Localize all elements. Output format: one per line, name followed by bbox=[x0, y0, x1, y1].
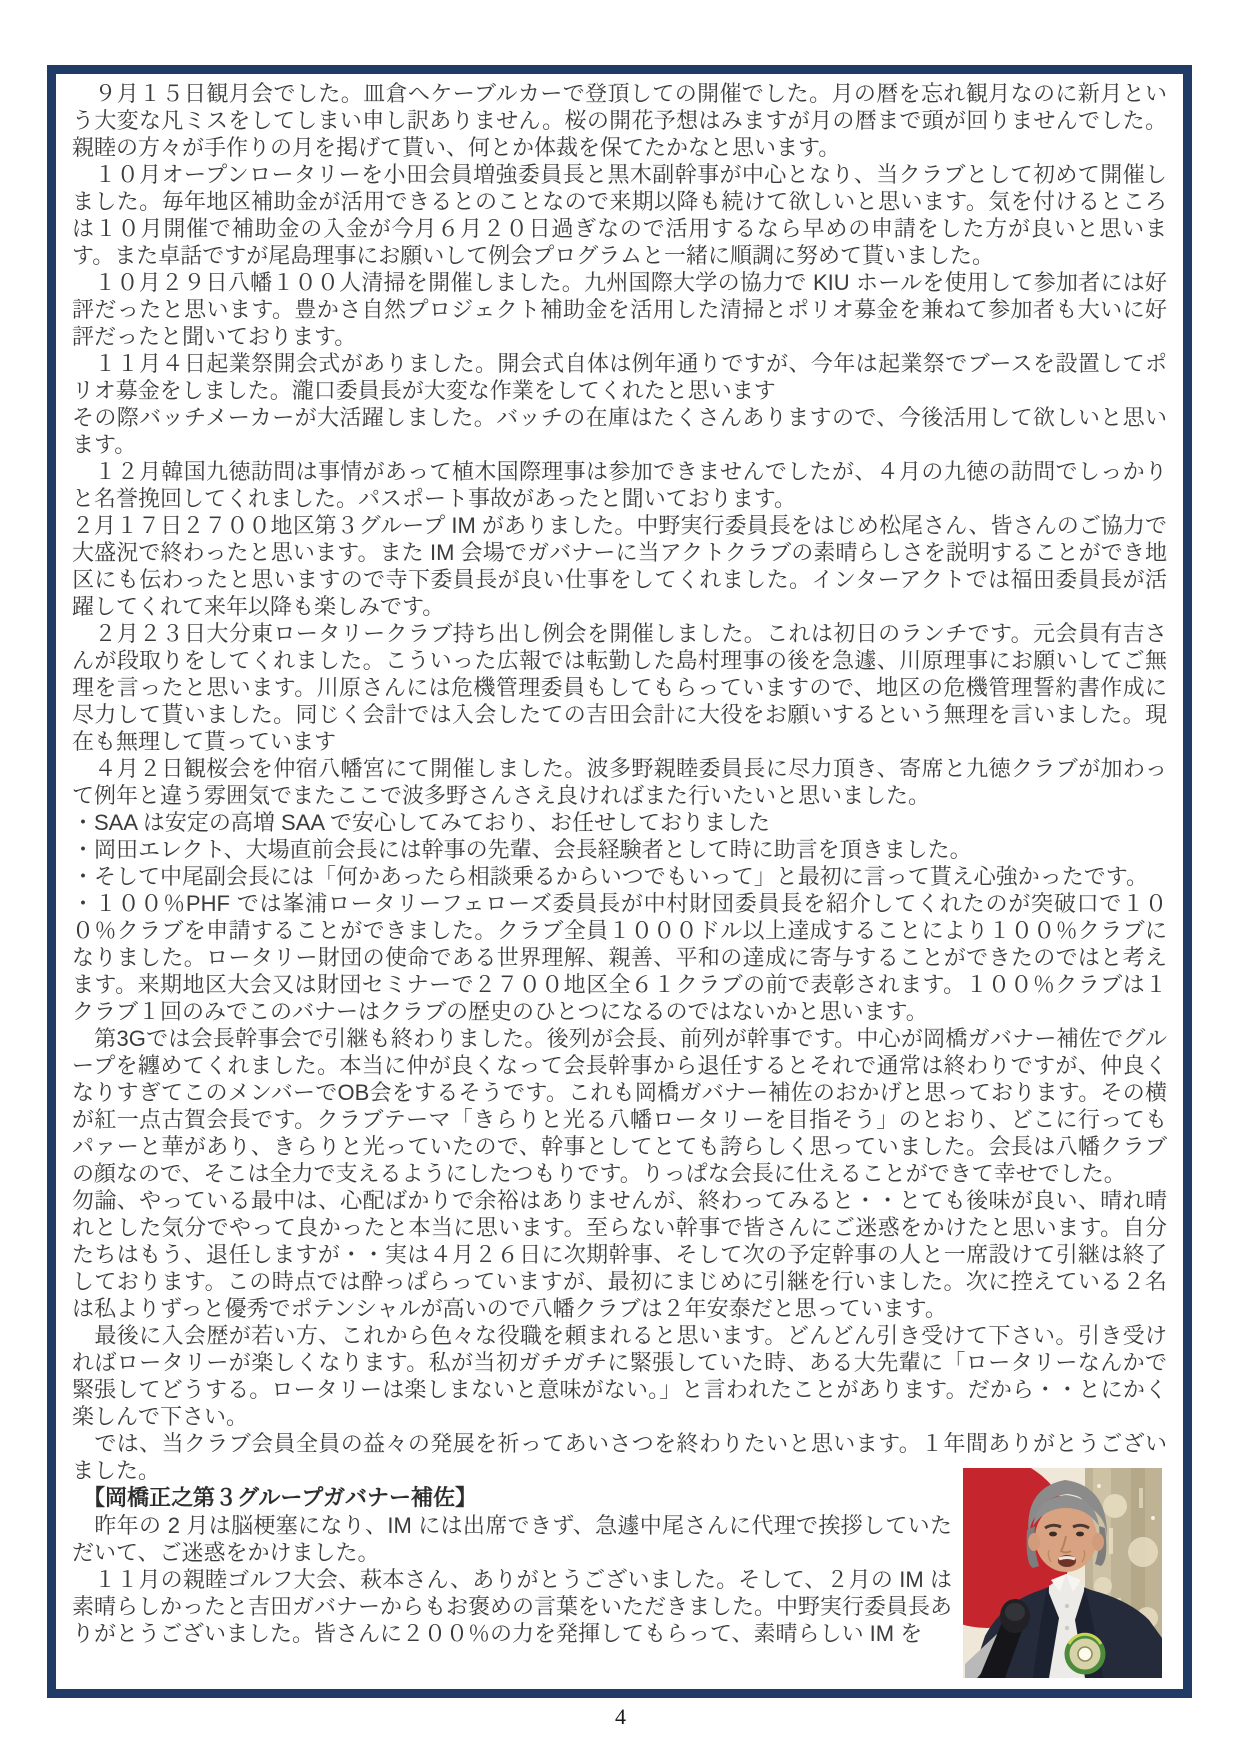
body-paragraph: ４月２日観桜会を仲宿八幡宮にて開催しました。波多野親睦委員長に尽力頂き、寄席と九… bbox=[72, 755, 1167, 809]
body-paragraph: 昨年の 2 月は脳梗塞になり、IM には出席できず、急遽中尾さんに代理で挨拶して… bbox=[72, 1512, 952, 1566]
body-paragraph: ９月１５日観月会でした。皿倉へケーブルカーで登頂しての開催でした。月の暦を忘れ観… bbox=[72, 80, 1167, 161]
body-paragraph: １２月韓国九徳訪問は事情があって植木国際理事は参加できませんでしたが、４月の九徳… bbox=[72, 458, 1167, 512]
bullet-paragraph: ・１００％PHF では峯浦ロータリーフェローズ委員長が中村財団委員長を紹介してく… bbox=[72, 890, 1167, 1025]
text-column-beside-photo: 昨年の 2 月は脳梗塞になり、IM には出席できず、急遽中尾さんに代理で挨拶して… bbox=[72, 1512, 952, 1647]
body-paragraph: 最後に入会歴が若い方、これから色々な役職を頼まれると思います。どんどん引き受けて… bbox=[72, 1322, 1167, 1430]
body-paragraph: その際バッチメーカーが大活躍しました。バッチの在庫はたくさんありますので、今後活… bbox=[72, 404, 1167, 458]
bullet-paragraph: ・岡田エレクト、大場直前会長には幹事の先輩、会長経験者として時に助言を頂きました… bbox=[72, 836, 1167, 863]
body-paragraph: ２月１７日２７００地区第３グループ IM がありました。中野実行委員長をはじめ松… bbox=[72, 512, 1167, 620]
body-paragraph: 第3Gでは会長幹事会で引継も終わりました。後列が会長、前列が幹事です。中心が岡橋… bbox=[72, 1025, 1167, 1187]
newsletter-page: { "page": { "number": "4" }, "colors": {… bbox=[0, 0, 1241, 1755]
body-paragraph: １１月４日起業祭開会式がありました。開会式自体は例年通りですが、今年は起業祭でブ… bbox=[72, 350, 1167, 404]
body-paragraph: ２月２３日大分東ロータリークラブ持ち出し例会を開催しました。これは初日のランチで… bbox=[72, 620, 1167, 755]
speaker-photo bbox=[963, 1468, 1162, 1678]
body-paragraph: １０月オープンロータリーを小田会員増強委員長と黒木副幹事が中心となり、当クラブと… bbox=[72, 161, 1167, 269]
bullet-paragraph: ・そして中尾副会長には「何かあったら相談乗るからいつでもいって」と最初に言って貰… bbox=[72, 863, 1167, 890]
page-number: 4 bbox=[0, 1704, 1241, 1730]
bordered-text-box: ９月１５日観月会でした。皿倉へケーブルカーで登頂しての開催でした。月の暦を忘れ観… bbox=[47, 65, 1192, 1698]
speaker-photo-graphic bbox=[963, 1468, 1162, 1678]
body-paragraph: １０月２９日八幡１００人清掃を開催しました。九州国際大学の協力で KIU ホール… bbox=[72, 269, 1167, 350]
bullet-paragraph: ・SAA は安定の高増 SAA で安心してみており、お任せしておりました bbox=[72, 809, 1167, 836]
body-paragraph: １１月の親睦ゴルフ大会、萩本さん、ありがとうございました。そして、２月の IM … bbox=[72, 1566, 952, 1647]
body-paragraph: 勿論、やっている最中は、心配ばかりで余裕はありませんが、終わってみると・・とても… bbox=[72, 1187, 1167, 1322]
